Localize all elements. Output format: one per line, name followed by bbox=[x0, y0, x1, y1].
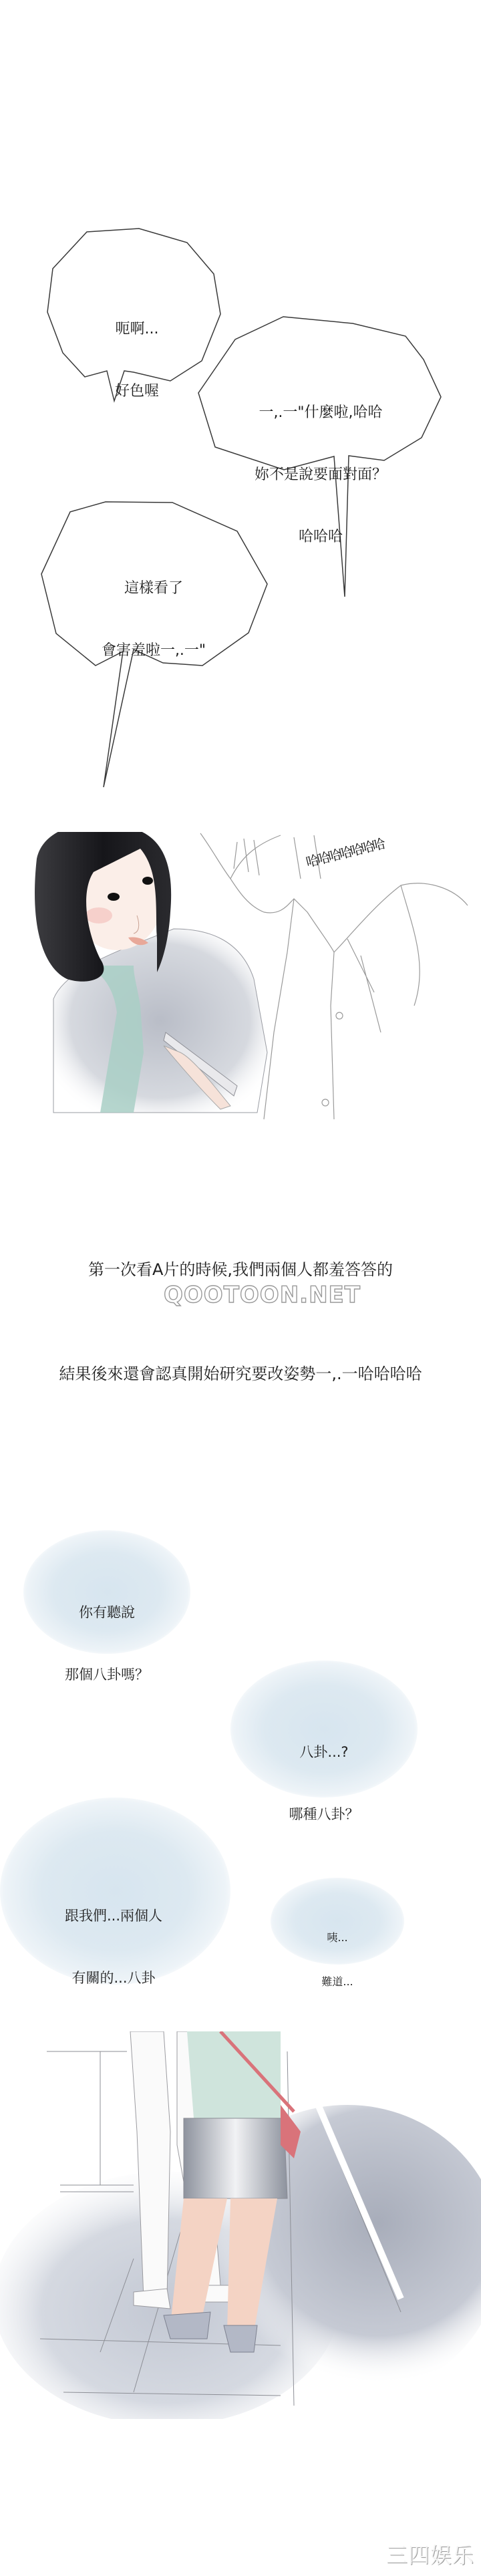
bubble-line: 八卦...? bbox=[261, 1742, 387, 1763]
bubble-line: 有關的...八卦 bbox=[40, 1968, 187, 1989]
girl-figure bbox=[35, 832, 267, 1113]
site-watermark: QOOTOON.NET bbox=[164, 1282, 361, 1308]
bubble-line: 哪種八卦？ bbox=[261, 1804, 387, 1825]
bubble-line: 一,.一"什麼啦,哈哈 bbox=[240, 402, 401, 423]
soft-bubble-4-text: 咦... 難道... bbox=[291, 1901, 384, 2004]
bubble-line: 會害羞啦一,.一" bbox=[87, 640, 220, 661]
bubble-line: 你有聽說 bbox=[40, 1602, 174, 1623]
panel-couple-illustration bbox=[0, 832, 481, 1146]
bubble-line: 難道... bbox=[291, 1975, 384, 1989]
bubble-line: 這樣看了 bbox=[87, 578, 220, 599]
bubble-line: 那個八卦嗎？ bbox=[40, 1665, 174, 1685]
speech-bubble-3-text: 這樣看了 會害羞啦一,.一" bbox=[87, 537, 220, 682]
bubble-line: 好色喔 bbox=[100, 381, 174, 402]
bubble-line: 妳不是說要面對面？ bbox=[240, 464, 401, 485]
speech-bubble-2-text: 一,.一"什麼啦,哈哈 妳不是說要面對面？ 哈哈哈 bbox=[240, 361, 401, 568]
caption-line: 結果後來還會認真開始研究要改姿勢一,.一哈哈哈哈 bbox=[0, 1356, 481, 1391]
bubble-line: 跟我們...兩個人 bbox=[40, 1906, 187, 1926]
soft-bubble-1-text: 你有聽說 那個八卦嗎？ bbox=[40, 1561, 174, 1706]
soft-bubble-2-text: 八卦...? 哪種八卦？ bbox=[261, 1701, 387, 1846]
bubble-line: 呃啊... bbox=[100, 319, 174, 339]
speech-bubble-1-text: 呃啊... 好色喔 bbox=[100, 277, 174, 422]
bubble-line: 咦... bbox=[291, 1930, 384, 1945]
panel-street-illustration bbox=[0, 2031, 481, 2419]
bubble-line: 哈哈哈 bbox=[240, 527, 401, 547]
footer-watermark: 三四娱乐 bbox=[386, 2539, 474, 2569]
